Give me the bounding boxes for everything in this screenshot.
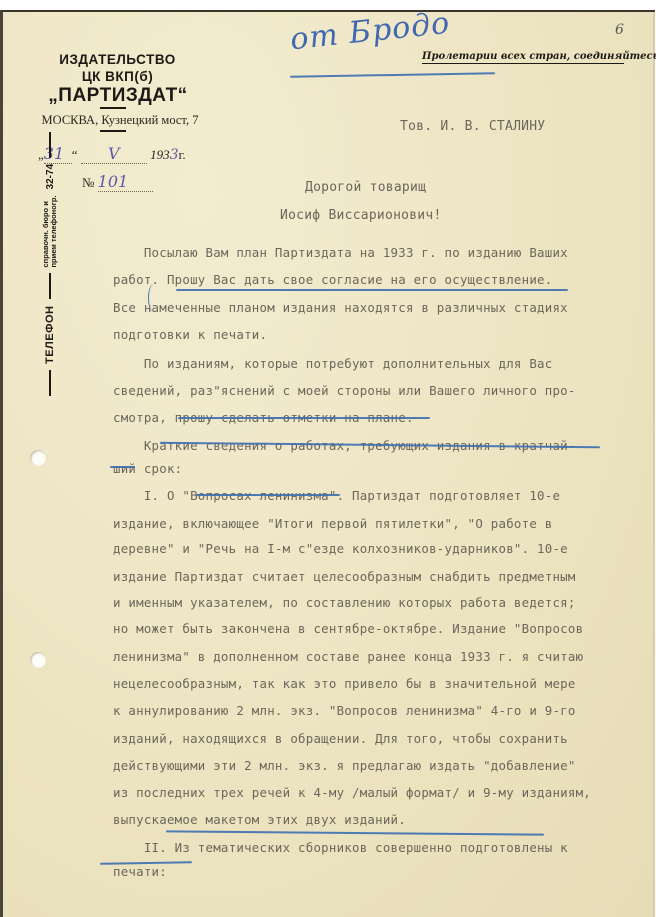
number-label: № [82,175,94,190]
body-line: деревне" и "Речь на I-м с"езде колхозник… [113,541,568,556]
letterhead-publisher: ИЗДАТЕЛЬСТВО [50,52,185,67]
phone-block: ТЕЛЕФОН справочн. бюро и прием телефоног… [42,132,58,396]
letterhead-rule [100,107,126,109]
date-line: „31“ V 1933г. [38,144,186,164]
body-line: из последних трех речей к 4-му /малый фо… [113,785,591,800]
body-line: ший срок: [113,461,182,476]
body-line: работ. Прошу Вас дать свое согласие на е… [113,272,552,287]
party-motto: Пролетарии всех стран, соединяйтесь! [422,51,624,64]
body-line: подготовки к печати. [113,327,267,342]
letterhead-address: МОСКВА, Кузнецкий мост, 7 [40,113,200,128]
phone-rule [49,274,51,300]
body-line: II. Из тематических сборников совершенно… [113,840,568,855]
letterhead-rule [100,130,126,132]
body-line: сведений, раз"яснений с моей стороны или… [113,383,576,398]
pencil-underline [178,417,430,419]
body-line: издание Партиздат считает целесообразным… [113,569,576,584]
pencil-underline [110,466,135,468]
addressee: Тов. И. В. СТАЛИНУ [400,119,545,134]
body-line: выпускаемое макетом этих двух изданий. [113,812,406,827]
pencil-underline [176,289,568,291]
body-line: к аннулированию 2 млн. экз. "Вопросов ле… [113,703,576,718]
number-value: 101 [98,172,129,191]
body-line: действующими эти 2 млн. экз. я предлагаю… [113,758,576,773]
punch-hole [30,450,46,466]
body-line: ленинизма" в дополненном составе ранее к… [113,649,583,664]
body-line: изданий, находящихся в обращении. Для то… [113,731,568,746]
date-year-prefix: 193 [150,147,170,162]
phone-rule [49,132,51,158]
phone-rule [49,370,51,396]
date-month: V [108,144,120,163]
body-line: но может быть закончена в сентябре-октяб… [113,621,583,636]
pencil-underline [196,494,340,496]
letterhead-committee: ЦК ВКП(б) [50,69,185,84]
phone-label: ТЕЛЕФОН [44,306,56,365]
document-number: № 101 [82,172,153,192]
body-line: печати: [113,864,167,879]
phone-desc-2: прием телефоногр. [49,195,58,267]
body-line: Посылаю Вам план Партиздата на 1933 г. п… [113,245,568,260]
body-line: и именным указателем, по составлению кот… [113,595,576,610]
body-line: Все намеченные планом издания находятся … [113,300,568,315]
phone-description: справочн. бюро и прием телефоногр. [42,195,58,267]
pencil-mark [148,284,159,312]
date-year-mark: г. [178,147,185,162]
phone-number: 32-74 [45,164,56,190]
letterhead-name: „ПАРТИЗДАТ“ [38,85,198,107]
body-line: издание, включающее "Итоги первой пятиле… [113,516,552,531]
punch-hole [30,652,46,668]
salutation-line-1: Дорогой товарищ [305,180,426,195]
body-line: По изданиям, которые потребуют дополните… [113,356,552,371]
salutation-line-2: Иосиф Виссарионович! [280,208,442,223]
body-line: нецелесообразным, так как это привело бы… [113,676,576,691]
page-number: 6 [615,22,624,38]
